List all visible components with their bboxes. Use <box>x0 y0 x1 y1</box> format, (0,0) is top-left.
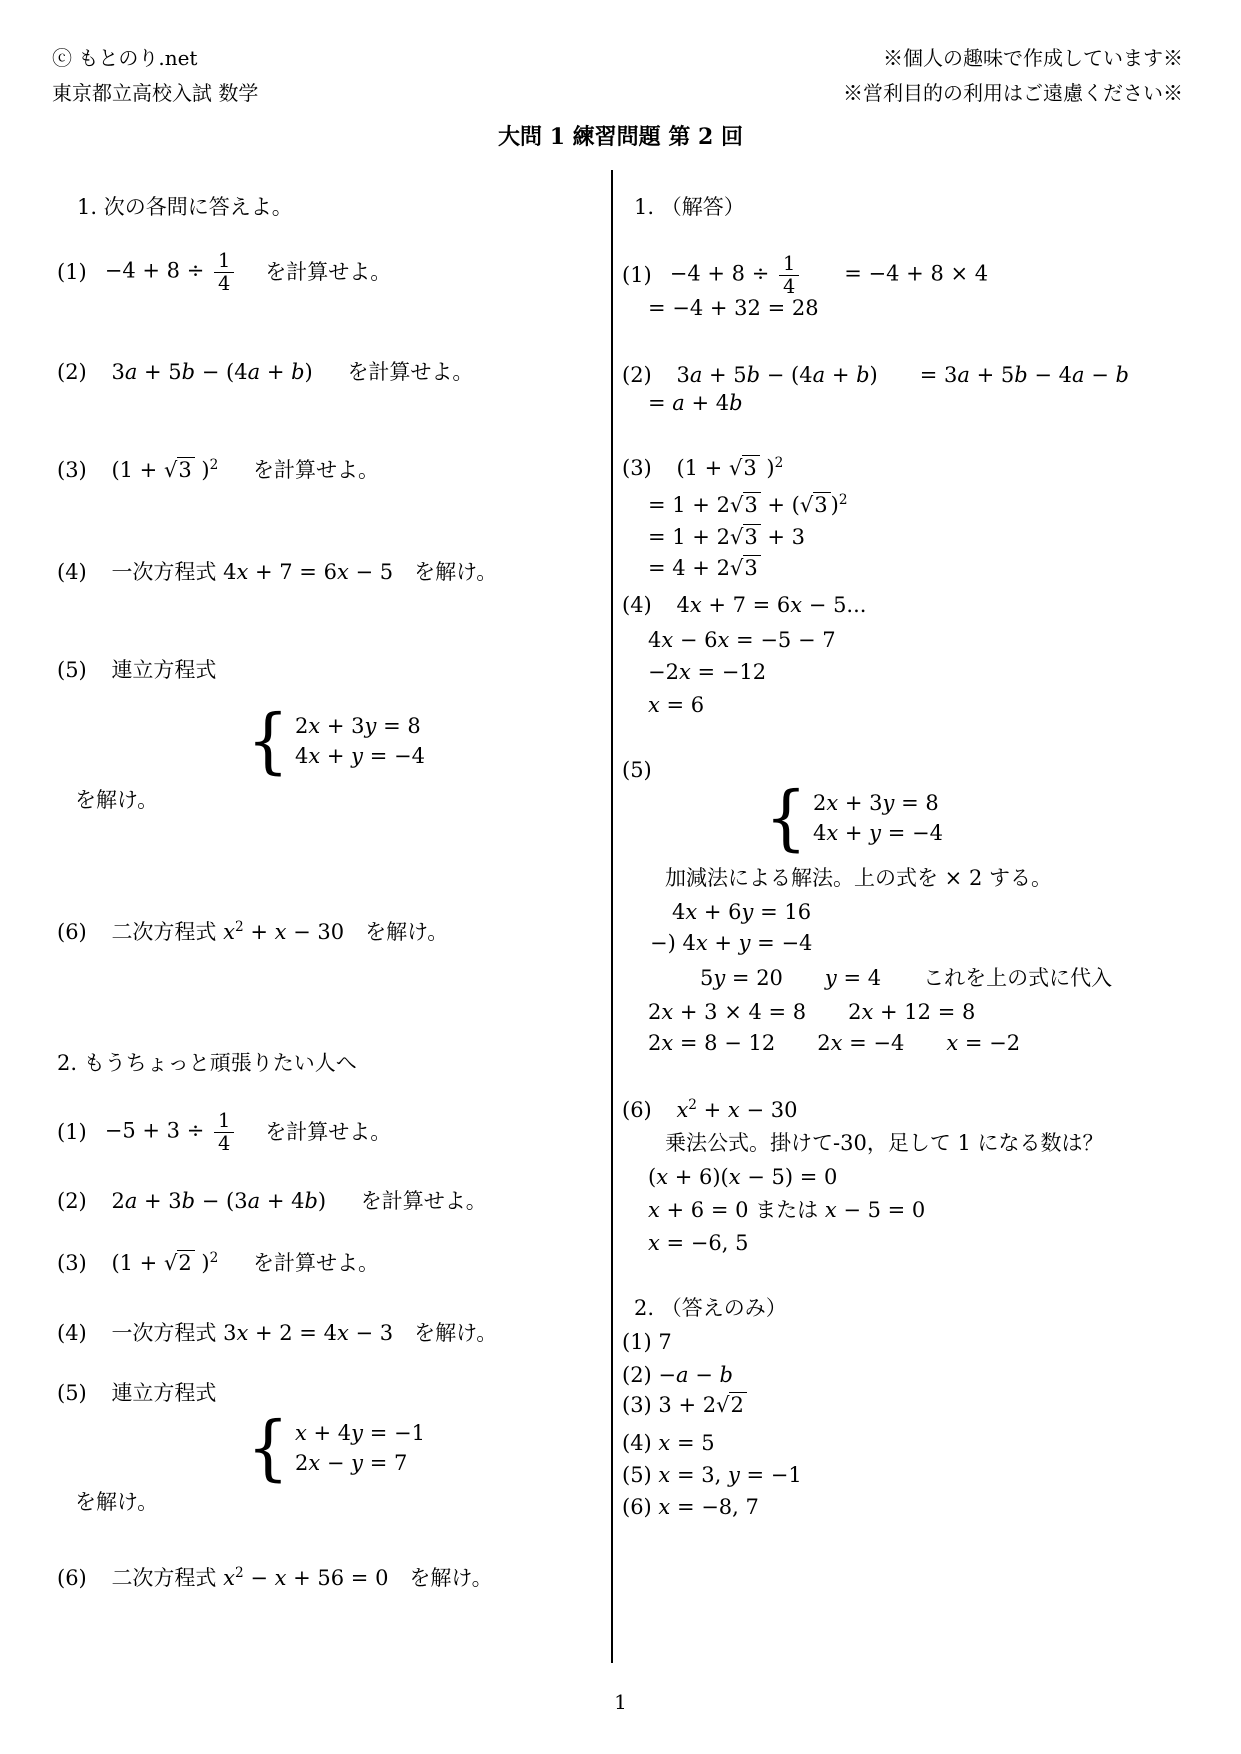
header-subtitle: 東京都立高校入試 数学 <box>52 79 258 107</box>
math-expression: −5 + 3 ÷ 14 <box>105 1110 238 1154</box>
problem-label: (1) <box>57 258 87 286</box>
problem-label: (4) <box>57 560 87 584</box>
math-expression: 4x + 7 = 6x − 5... <box>676 593 866 617</box>
problem-label: (6) <box>57 920 87 944</box>
final-answer-1: (1) 7 <box>622 1328 672 1356</box>
problem-2-1: (1) −5 + 3 ÷ 14 を計算せよ。 <box>57 1104 391 1160</box>
problem-2-4: (4) 一次方程式 3x + 2 = 4x − 3 を解け。 <box>57 1319 497 1347</box>
problem-2-2: (2) 2a + 3b − (3a + 4b) を計算せよ。 <box>57 1187 487 1215</box>
math-expression: 二次方程式 x2 − x + 56 = 0 を解け。 <box>111 1566 492 1590</box>
math-expression: 3a + 5b − (4a + b) = 3a + 5b − 4a − b <box>676 363 1128 387</box>
problem-suffix: を計算せよ。 <box>253 1251 379 1275</box>
problem-1-1: (1) −4 + 8 ÷ 14 を計算せよ。 <box>57 244 391 300</box>
final-answer-2: (2) −a − b <box>622 1361 733 1389</box>
header-note-2: ※営利目的の利用はご遠慮ください※ <box>843 79 1183 107</box>
column-divider <box>611 170 613 1663</box>
worksheet-page: ⓒ もとのり.net 東京都立高校入試 数学 ※個人の趣味で作成しています※ ※… <box>0 0 1241 1754</box>
problem-intro: 連立方程式 <box>111 1381 216 1405</box>
problem-label: (3) <box>57 1251 87 1275</box>
math-expression: 二次方程式 x2 + x − 30 を解け。 <box>111 920 448 944</box>
system-equation-1: x + 4y = −1 <box>295 1418 425 1448</box>
system-equation-2: 4x + y = −4 <box>295 741 425 771</box>
problem-suffix: を計算せよ。 <box>361 1189 487 1213</box>
answer-1-6-line-1: (6) x2 + x − 30 <box>622 1096 797 1124</box>
problem-1-3: (3) (1 + √3 )2 を計算せよ。 <box>57 456 379 484</box>
answer-label: (1) <box>622 261 652 289</box>
problem-1-5: (5) 連立方程式 <box>57 656 216 684</box>
answers-section1-heading: 1. （解答） <box>634 193 745 221</box>
math-expression: −4 + 8 ÷ 14 <box>105 250 238 294</box>
answer-1-4-line-3: −2x = −12 <box>648 658 766 686</box>
answer-1-4-line-1: (4) 4x + 7 = 6x − 5... <box>622 591 866 619</box>
answer-1-3-line-1: (3) (1 + √3 )2 <box>622 454 783 482</box>
math-expression: −4 + 8 ÷ 14 = −4 + 8 × 4 <box>670 253 988 297</box>
final-answer-6: (6) x = −8, 7 <box>622 1493 759 1521</box>
problem-suffix: を計算せよ。 <box>265 1118 391 1146</box>
answer-1-3-line-2: = 1 + 2√3 + (√3)2 <box>648 491 848 519</box>
problem-label: (1) <box>57 1118 87 1146</box>
problem-suffix: を計算せよ。 <box>265 258 391 286</box>
section1-heading: 1. 次の各問に答えよ。 <box>77 193 293 221</box>
final-answer-5: (5) x = 3, y = −1 <box>622 1461 802 1489</box>
math-expression: (1 + √3 )2 <box>111 458 218 482</box>
answer-1-6-line-2: 乗法公式。掛けて-30，足して 1 になる数は？ <box>665 1129 1104 1157</box>
answer-1-6-line-4: x + 6 = 0 または x − 5 = 0 <box>648 1196 925 1224</box>
math-expression: x2 + x − 30 <box>676 1098 797 1122</box>
answer-label: (4) <box>622 593 652 617</box>
final-answer-4: (4) x = 5 <box>622 1429 715 1457</box>
answer-1-5-step-1: 加減法による解法。上の式を × 2 する。 <box>665 864 1052 892</box>
answer-1-4-line-2: 4x − 6x = −5 − 7 <box>648 626 836 654</box>
problem-suffix: を計算せよ。 <box>253 458 379 482</box>
left-brace: { <box>247 705 289 776</box>
problem-1-4: (4) 一次方程式 4x + 7 = 6x − 5 を解け。 <box>57 558 497 586</box>
problem-2-5: (5) 連立方程式 <box>57 1379 216 1407</box>
header-copyright: ⓒ もとのり.net <box>52 44 197 72</box>
section2-heading: 2. もうちょっと頑張りたい人へ <box>57 1049 357 1077</box>
answer-1-5-step-2: 4x + 6y = 16 <box>672 898 811 926</box>
problem-label: (6) <box>57 1566 87 1590</box>
left-brace: { <box>247 1412 289 1483</box>
answer-1-5-label: (5) <box>622 756 652 784</box>
answer-label: (2) <box>622 363 652 387</box>
final-answer-3: (3) 3 + 2√2 <box>622 1391 747 1419</box>
problem-1-2: (2) 3a + 5b − (4a + b) を計算せよ。 <box>57 358 473 386</box>
answer-1-3-line-4: = 4 + 2√3 <box>648 554 761 582</box>
equation-system: { 2x + 3y = 8 4x + y = −4 <box>765 785 943 851</box>
problem-2-6: (6) 二次方程式 x2 − x + 56 = 0 を解け。 <box>57 1564 493 1592</box>
answer-1-5-step-5: 2x + 3 × 4 = 8 2x + 12 = 8 <box>648 998 975 1026</box>
problem-label: (5) <box>57 1381 87 1405</box>
problem-2-5-outro: を解け。 <box>75 1488 158 1516</box>
answer-1-4-line-4: x = 6 <box>648 691 704 719</box>
answer-1-5-step-6: 2x = 8 − 12 2x = −4 x = −2 <box>648 1029 1020 1057</box>
answer-1-5-step-4: 5y = 20 y = 4 これを上の式に代入 <box>700 964 1112 992</box>
math-expression: 一次方程式 4x + 7 = 6x − 5 を解け。 <box>111 560 497 584</box>
system-equation-1: 2x + 3y = 8 <box>813 788 943 818</box>
answer-1-2-line-2: = a + 4b <box>648 389 743 417</box>
math-expression: 2a + 3b − (3a + 4b) <box>111 1189 326 1213</box>
answer-1-1-line-2: = −4 + 32 = 28 <box>648 294 819 322</box>
problem-intro: 連立方程式 <box>111 658 216 682</box>
answers-section2-heading: 2. （答えのみ） <box>634 1294 787 1322</box>
problem-label: (4) <box>57 1321 87 1345</box>
problem-label: (2) <box>57 1189 87 1213</box>
answer-1-6-line-5: x = −6, 5 <box>648 1229 748 1257</box>
problem-1-5-outro: を解け。 <box>75 786 158 814</box>
system-equation-2: 4x + y = −4 <box>813 818 943 848</box>
system-equation-2: 2x − y = 7 <box>295 1448 425 1478</box>
page-title: 大問 1 練習問題 第 2 回 <box>0 123 1241 151</box>
problem-suffix: を計算せよ。 <box>347 360 473 384</box>
problem-label: (5) <box>57 658 87 682</box>
math-expression: (1 + √2 )2 <box>111 1251 218 1275</box>
math-expression: 3a + 5b − (4a + b) <box>111 360 312 384</box>
page-number: 1 <box>0 1688 1241 1716</box>
system-equation-1: 2x + 3y = 8 <box>295 711 425 741</box>
answer-1-3-line-3: = 1 + 2√3 + 3 <box>648 523 805 551</box>
equation-system: { 2x + 3y = 8 4x + y = −4 <box>247 708 425 774</box>
answer-label: (6) <box>622 1098 652 1122</box>
left-brace: { <box>765 782 807 853</box>
answer-1-5-step-3: −) 4x + y = −4 <box>650 929 812 957</box>
answer-1-6-line-3: (x + 6)(x − 5) = 0 <box>648 1163 837 1191</box>
math-expression: (1 + √3 )2 <box>676 456 783 480</box>
equation-system: { x + 4y = −1 2x − y = 7 <box>247 1415 425 1481</box>
answer-1-2-line-1: (2) 3a + 5b − (4a + b) = 3a + 5b − 4a − … <box>622 361 1129 389</box>
answer-label: (3) <box>622 456 652 480</box>
problem-label: (2) <box>57 360 87 384</box>
math-expression: 一次方程式 3x + 2 = 4x − 3 を解け。 <box>111 1321 497 1345</box>
problem-1-6: (6) 二次方程式 x2 + x − 30 を解け。 <box>57 918 448 946</box>
header-note-1: ※個人の趣味で作成しています※ <box>883 44 1183 72</box>
problem-2-3: (3) (1 + √2 )2 を計算せよ。 <box>57 1249 379 1277</box>
problem-label: (3) <box>57 458 87 482</box>
